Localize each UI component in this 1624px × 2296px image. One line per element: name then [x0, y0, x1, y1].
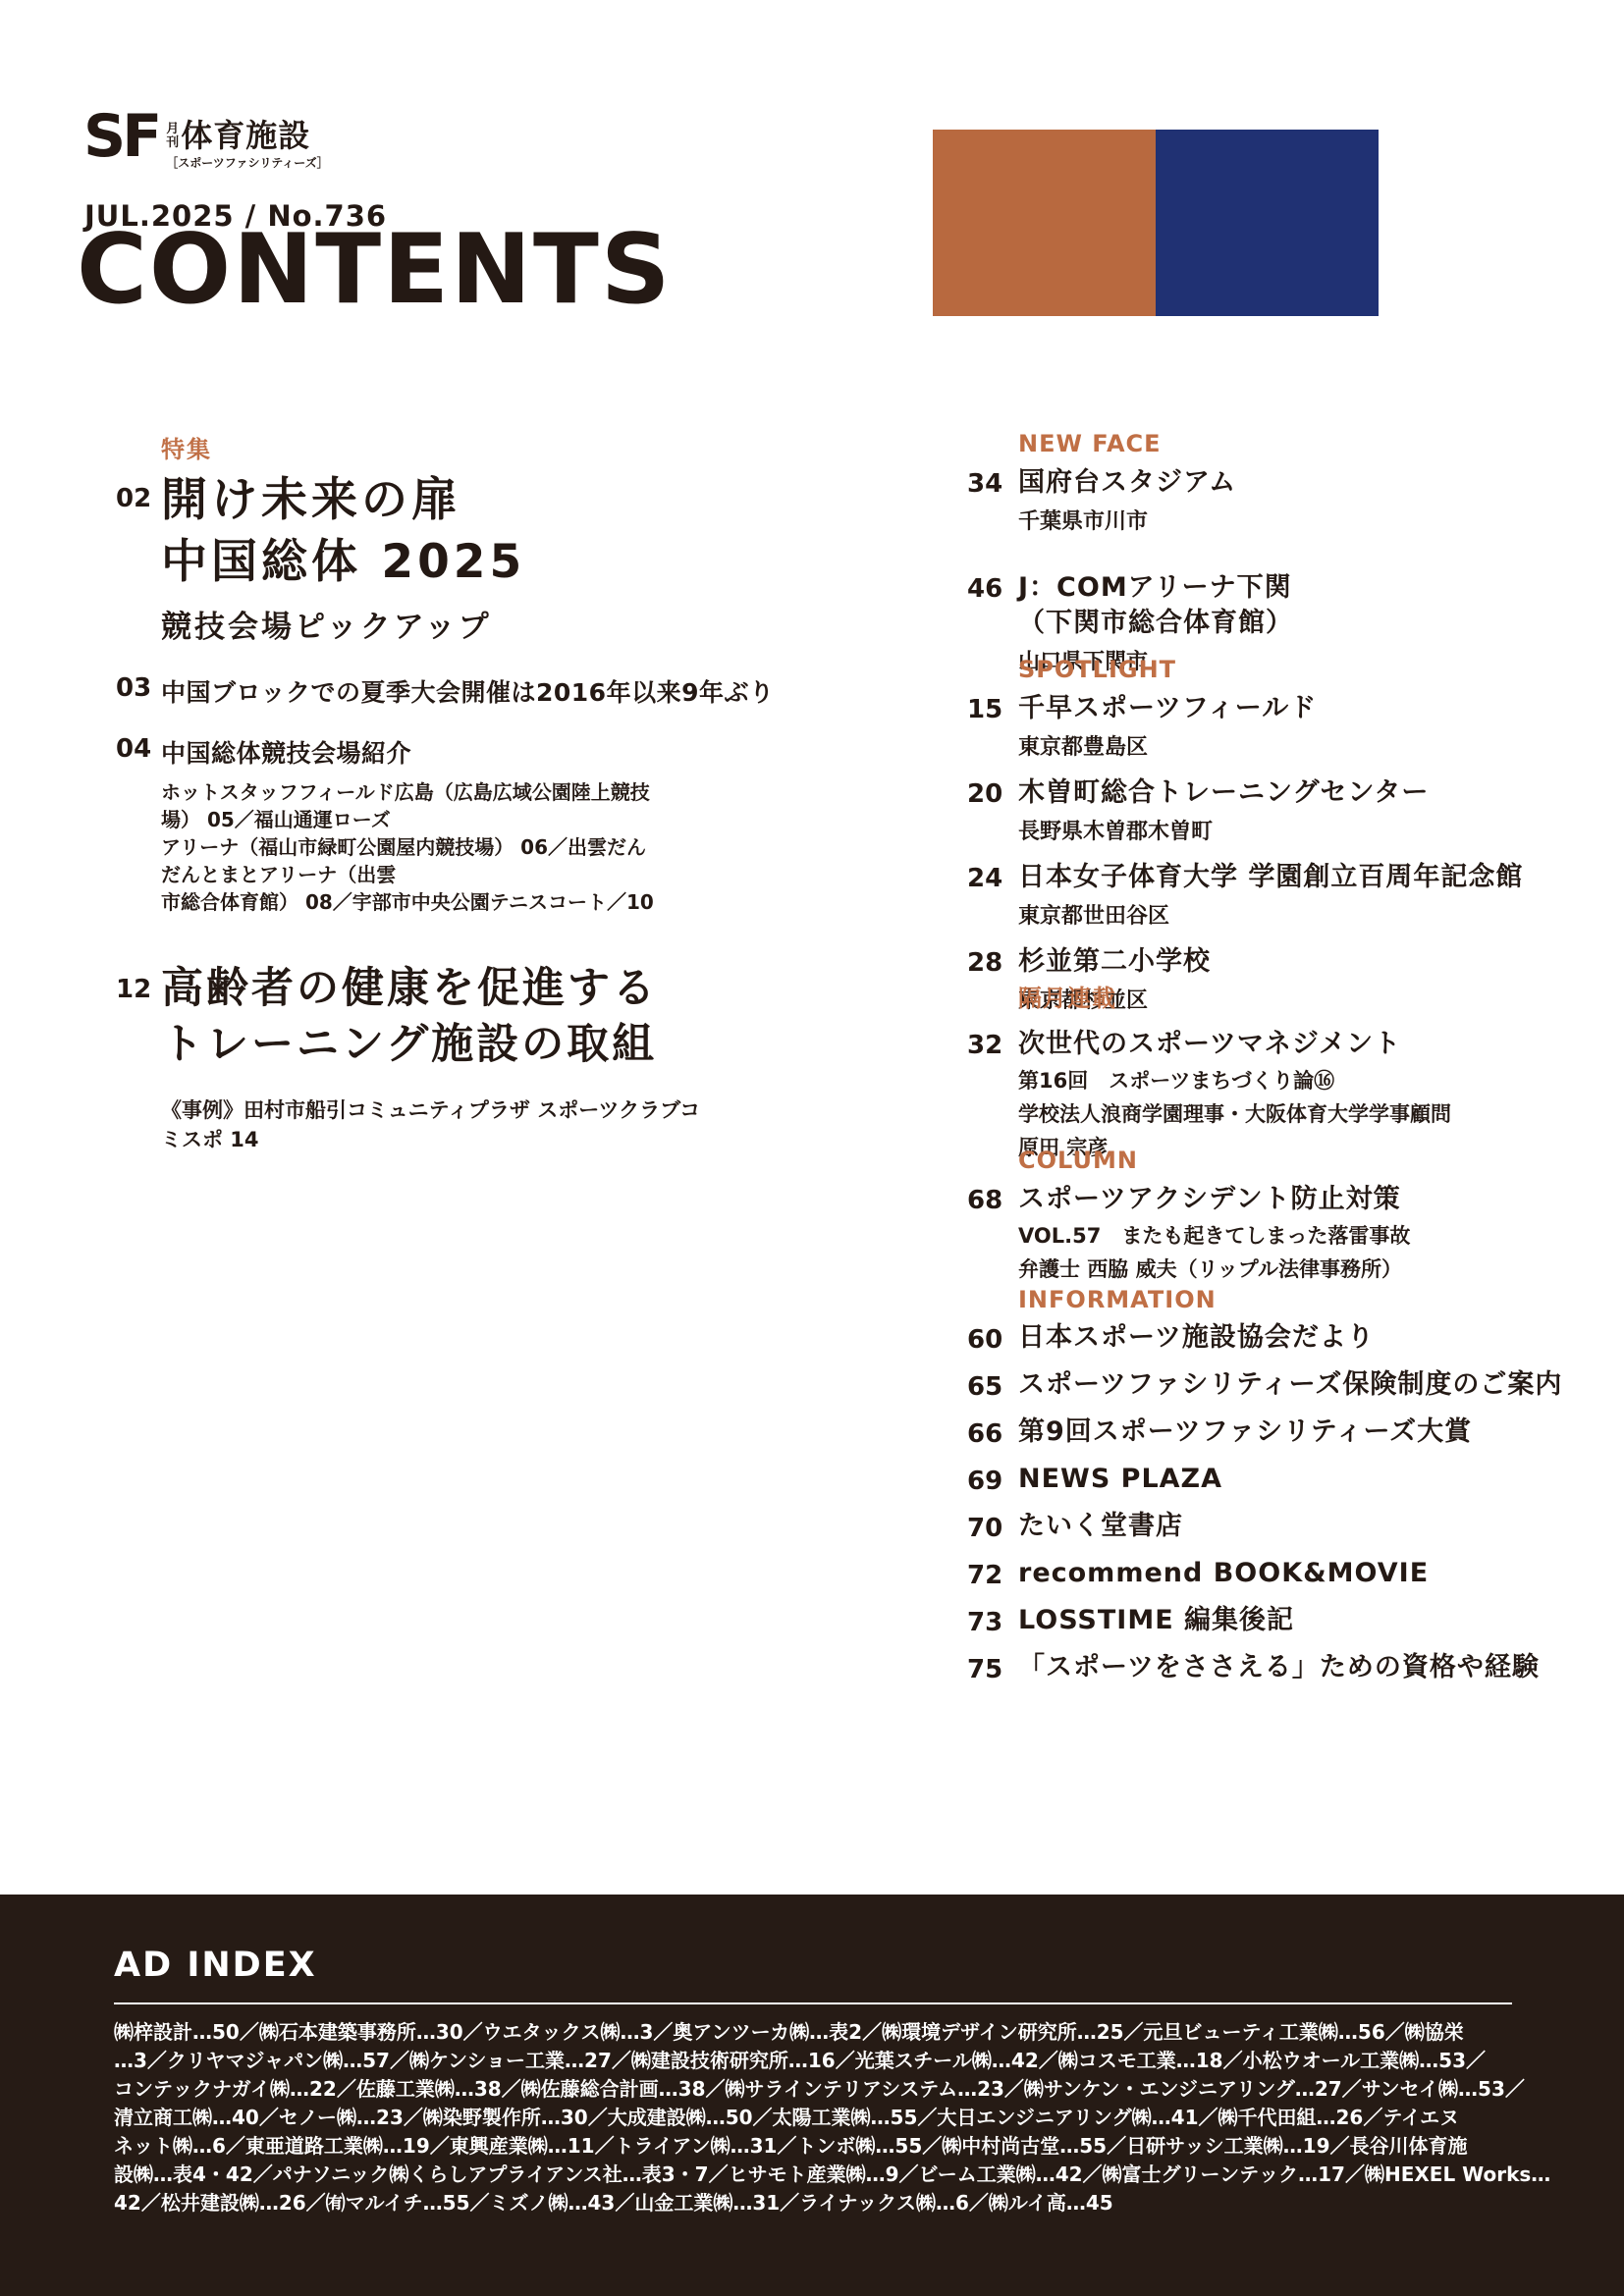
- logo-gekkan-bottom: 刊: [166, 136, 179, 150]
- section-label: COLUMN: [1018, 1147, 1576, 1174]
- page-title: CONTENTS: [77, 222, 673, 318]
- toc-entry: 12 高齢者の健康を促進する トレーニング施設の取組 《事例》田村市船引コミュニ…: [116, 961, 705, 1153]
- logo-wordmark: 月 刊 体育施設 ［スポーツファシリティーズ］: [166, 110, 328, 171]
- entry-text: 高齢者の健康を促進する トレーニング施設の取組 《事例》田村市船引コミュニティプ…: [161, 961, 705, 1153]
- entry-title: たいく堂書店: [1018, 1510, 1183, 1543]
- toc-entry-lead: 02 開け未来の扉 中国総体 2025 競技会場ピックアップ: [116, 470, 705, 646]
- entry-title: 木曽町総合トレーニングセンター: [1018, 775, 1429, 811]
- page-number: 66: [967, 1415, 1018, 1449]
- page-number: 75: [967, 1651, 1018, 1684]
- feature-column: 特集 02 開け未来の扉 中国総体 2025 競技会場ピックアップ 03 中国ブ…: [116, 430, 705, 1153]
- entry-title: スポーツアクシデント防止対策: [1018, 1182, 1410, 1217]
- toc-entry: 70 たいく堂書店: [967, 1510, 1576, 1543]
- entry-title: 第9回スポーツファシリティーズ大賞: [1018, 1415, 1472, 1449]
- toc-entry: 60 日本スポーツ施設協会だより: [967, 1321, 1576, 1355]
- entry-title: 中国総体競技会場紹介: [161, 732, 657, 770]
- entry-title: 日本スポーツ施設協会だより: [1018, 1321, 1375, 1355]
- page-number: 03: [116, 671, 161, 709]
- toc-entry: 72 recommend BOOK&MOVIE: [967, 1557, 1576, 1590]
- entry-title: J：COMアリーナ下関: [1018, 570, 1293, 606]
- ad-index-list: ㈱梓設計…50／㈱石本建築事務所…30／ウエタックス㈱…3／奥アンツーカ㈱…表2…: [114, 2018, 1518, 2217]
- logo-sf-mark: SF: [83, 110, 158, 164]
- page-number: 04: [116, 732, 161, 916]
- entry-title: 次世代のスポーツマネジメント: [1018, 1027, 1451, 1062]
- section-label: 隔月連載: [1018, 979, 1576, 1013]
- entry-location: 東京都世田谷区: [1018, 899, 1523, 930]
- section-label: INFORMATION: [1018, 1286, 1576, 1313]
- logo-gekkan: 月 刊: [166, 120, 179, 149]
- feature-title-line1: 高齢者の健康を促進する: [161, 961, 705, 1017]
- page-number: 02: [116, 470, 161, 646]
- entry-title-line2: （下関市総合体育館）: [1018, 606, 1293, 641]
- toc-entry: 65 スポーツファシリティーズ保険制度のご案内: [967, 1368, 1576, 1402]
- toc-entry: 66 第9回スポーツファシリティーズ大賞: [967, 1415, 1576, 1449]
- ad-index-title: AD INDEX: [114, 1946, 317, 1985]
- ad-index-divider: [114, 2002, 1512, 2004]
- section-column: COLUMN 68 スポーツアクシデント防止対策 VOL.57 またも起きてしま…: [967, 1147, 1576, 1284]
- entry-title: 日本女子体育大学 学園創立百周年記念館: [1018, 860, 1523, 895]
- page-number: 69: [967, 1463, 1018, 1496]
- ad-index-line: …3／クリヤマジャパン㈱…57／㈱ケンショー工業…27／㈱建設技術研究所…16／…: [114, 2047, 1518, 2075]
- brand-color-block-orange: [933, 130, 1156, 316]
- toc-entry: 03 中国ブロックでの夏季大会開催は2016年以来9年ぶり: [116, 671, 705, 709]
- toc-entry: 24 日本女子体育大学 学園創立百周年記念館 東京都世田谷区: [967, 860, 1576, 930]
- toc-entry: 68 スポーツアクシデント防止対策 VOL.57 またも起きてしまった落雷事故 …: [967, 1182, 1576, 1284]
- ad-index-line: 設㈱…表4・42／パナソニック㈱くらしアプライアンス社…表3・7／ヒサモト産業㈱…: [114, 2161, 1518, 2189]
- entry-title: recommend BOOK&MOVIE: [1018, 1557, 1429, 1590]
- entry-title: 千早スポーツフィールド: [1018, 691, 1317, 726]
- page-number: 73: [967, 1604, 1018, 1637]
- toc-entry: 73 LOSSTIME 編集後記: [967, 1604, 1576, 1637]
- section-label-feature: 特集: [161, 430, 705, 464]
- ad-index-line: ㈱梓設計…50／㈱石本建築事務所…30／ウエタックス㈱…3／奥アンツーカ㈱…表2…: [114, 2018, 1518, 2047]
- entry-title: LOSSTIME 編集後記: [1018, 1604, 1294, 1637]
- entry-location: 千葉県市川市: [1018, 505, 1236, 535]
- page-number: 60: [967, 1321, 1018, 1355]
- page-number: 15: [967, 691, 1018, 761]
- entry-text: スポーツアクシデント防止対策 VOL.57 またも起きてしまった落雷事故 弁護士…: [1018, 1182, 1410, 1284]
- magazine-logo: SF 月 刊 体育施設 ［スポーツファシリティーズ］: [83, 110, 329, 171]
- toc-entry: 75 「スポーツをささえる」ための資格や経験: [967, 1651, 1576, 1684]
- toc-entry: 34 国府台スタジアム 千葉県市川市: [967, 465, 1576, 535]
- entry-text: 国府台スタジアム 千葉県市川市: [1018, 465, 1236, 535]
- entry-text: 開け未来の扉 中国総体 2025 競技会場ピックアップ: [161, 470, 525, 646]
- entry-text: 次世代のスポーツマネジメント 第16回 スポーツまちづくり論⑯ 学校法人浪商学園…: [1018, 1027, 1451, 1162]
- feature-subtitle: 競技会場ピックアップ: [161, 602, 525, 646]
- brand-color-block-navy: [1156, 130, 1379, 316]
- entry-title: 中国ブロックでの夏季大会開催は2016年以来9年ぶり: [161, 671, 774, 709]
- toc-entry: 15 千早スポーツフィールド 東京都豊島区: [967, 691, 1576, 761]
- logo-gekkan-top: 月: [166, 123, 179, 136]
- entry-sub: VOL.57 またも起きてしまった落雷事故: [1018, 1221, 1410, 1251]
- entry-title: NEWS PLAZA: [1018, 1463, 1222, 1496]
- page-number: 65: [967, 1368, 1018, 1402]
- ad-index-line: ネット㈱…6／東亜道路工業㈱…19／東興産業㈱…11／トライアン㈱…31／トンボ…: [114, 2132, 1518, 2161]
- page-number: 34: [967, 465, 1018, 535]
- page-number: 68: [967, 1182, 1018, 1284]
- entry-sub: 第16回 スポーツまちづくり論⑯: [1018, 1066, 1451, 1095]
- entry-sub: 学校法人浪商学園理事・大阪体育大学学事顧問: [1018, 1099, 1451, 1129]
- section-information: INFORMATION 60 日本スポーツ施設協会だより 65 スポーツファシリ…: [967, 1286, 1576, 1698]
- toc-entry: 20 木曽町総合トレーニングセンター 長野県木曽郡木曽町: [967, 775, 1576, 845]
- entry-location: 長野県木曽郡木曽町: [1018, 815, 1429, 845]
- section-label: NEW FACE: [1018, 430, 1576, 457]
- logo-subtitle: ［スポーツファシリティーズ］: [166, 154, 328, 171]
- feature-title-line2: 中国総体 2025: [161, 532, 525, 594]
- entry-text: 日本女子体育大学 学園創立百周年記念館 東京都世田谷区: [1018, 860, 1523, 930]
- entry-location: 東京都豊島区: [1018, 730, 1317, 761]
- page-number: 12: [116, 961, 161, 1153]
- ad-index-panel: AD INDEX ㈱梓設計…50／㈱石本建築事務所…30／ウエタックス㈱…3／奥…: [0, 1895, 1624, 2296]
- toc-entry: 04 中国総体競技会場紹介 ホットスタッフフィールド広島（広島広域公園陸上競技場…: [116, 732, 705, 916]
- entry-text: 木曽町総合トレーニングセンター 長野県木曽郡木曽町: [1018, 775, 1429, 845]
- entry-note: 《事例》田村市船引コミュニティプラザ スポーツクラブコミスポ 14: [161, 1095, 705, 1153]
- detail-line: ホットスタッフフィールド広島（広島広域公園陸上競技場） 05／福山通運ローズ: [161, 778, 657, 833]
- ad-index-line: コンテックナガイ㈱…22／佐藤工業㈱…38／㈱佐藤総合計画…38／㈱サラインテリ…: [114, 2075, 1518, 2104]
- entry-title: 国府台スタジアム: [1018, 465, 1236, 501]
- magazine-contents-page: SF 月 刊 体育施設 ［スポーツファシリティーズ］ JUL.2025 / No…: [0, 0, 1624, 2296]
- section-label: SPOTLIGHT: [1018, 656, 1576, 683]
- toc-entry: 69 NEWS PLAZA: [967, 1463, 1576, 1496]
- entry-detail: ホットスタッフフィールド広島（広島広域公園陸上競技場） 05／福山通運ローズ ア…: [161, 778, 657, 916]
- page-number: 24: [967, 860, 1018, 930]
- feature-title-line1: 開け未来の扉: [161, 470, 525, 532]
- page-number: 32: [967, 1027, 1018, 1162]
- section-spotlight: SPOTLIGHT 15 千早スポーツフィールド 東京都豊島区 20 木曽町総合…: [967, 656, 1576, 1014]
- logo-title: 体育施設: [181, 120, 310, 151]
- detail-line: アリーナ（福山市緑町公園屋内競技場） 06／出雲だんだんとまとアリーナ（出雲: [161, 833, 657, 888]
- entry-text: 千早スポーツフィールド 東京都豊島区: [1018, 691, 1317, 761]
- entry-author: 弁護士 西脇 威夫（リップル法律事務所）: [1018, 1255, 1410, 1284]
- page-number: 20: [967, 775, 1018, 845]
- toc-entry: 32 次世代のスポーツマネジメント 第16回 スポーツまちづくり論⑯ 学校法人浪…: [967, 1027, 1576, 1162]
- page-number: 70: [967, 1510, 1018, 1543]
- entry-title: 杉並第二小学校: [1018, 944, 1211, 980]
- ad-index-line: 清立商工㈱…40／セノー㈱…23／㈱染野製作所…30／大成建設㈱…50／太陽工業…: [114, 2104, 1518, 2132]
- entry-text: 中国総体競技会場紹介 ホットスタッフフィールド広島（広島広域公園陸上競技場） 0…: [161, 732, 657, 916]
- entry-title: 「スポーツをささえる」ための資格や経験: [1018, 1651, 1540, 1684]
- detail-line: 市総合体育館） 08／宇部市中央公園テニスコート／10: [161, 888, 657, 916]
- ad-index-line: 42／松井建設㈱…26／㈲マルイチ…55／ミズノ㈱…43／山金工業㈱…31／ライ…: [114, 2189, 1518, 2217]
- feature-title-line2: トレーニング施設の取組: [161, 1017, 705, 1073]
- entry-title: スポーツファシリティーズ保険制度のご案内: [1018, 1368, 1562, 1402]
- page-number: 72: [967, 1557, 1018, 1590]
- section-bimonthly-serial: 隔月連載 32 次世代のスポーツマネジメント 第16回 スポーツまちづくり論⑯ …: [967, 979, 1576, 1162]
